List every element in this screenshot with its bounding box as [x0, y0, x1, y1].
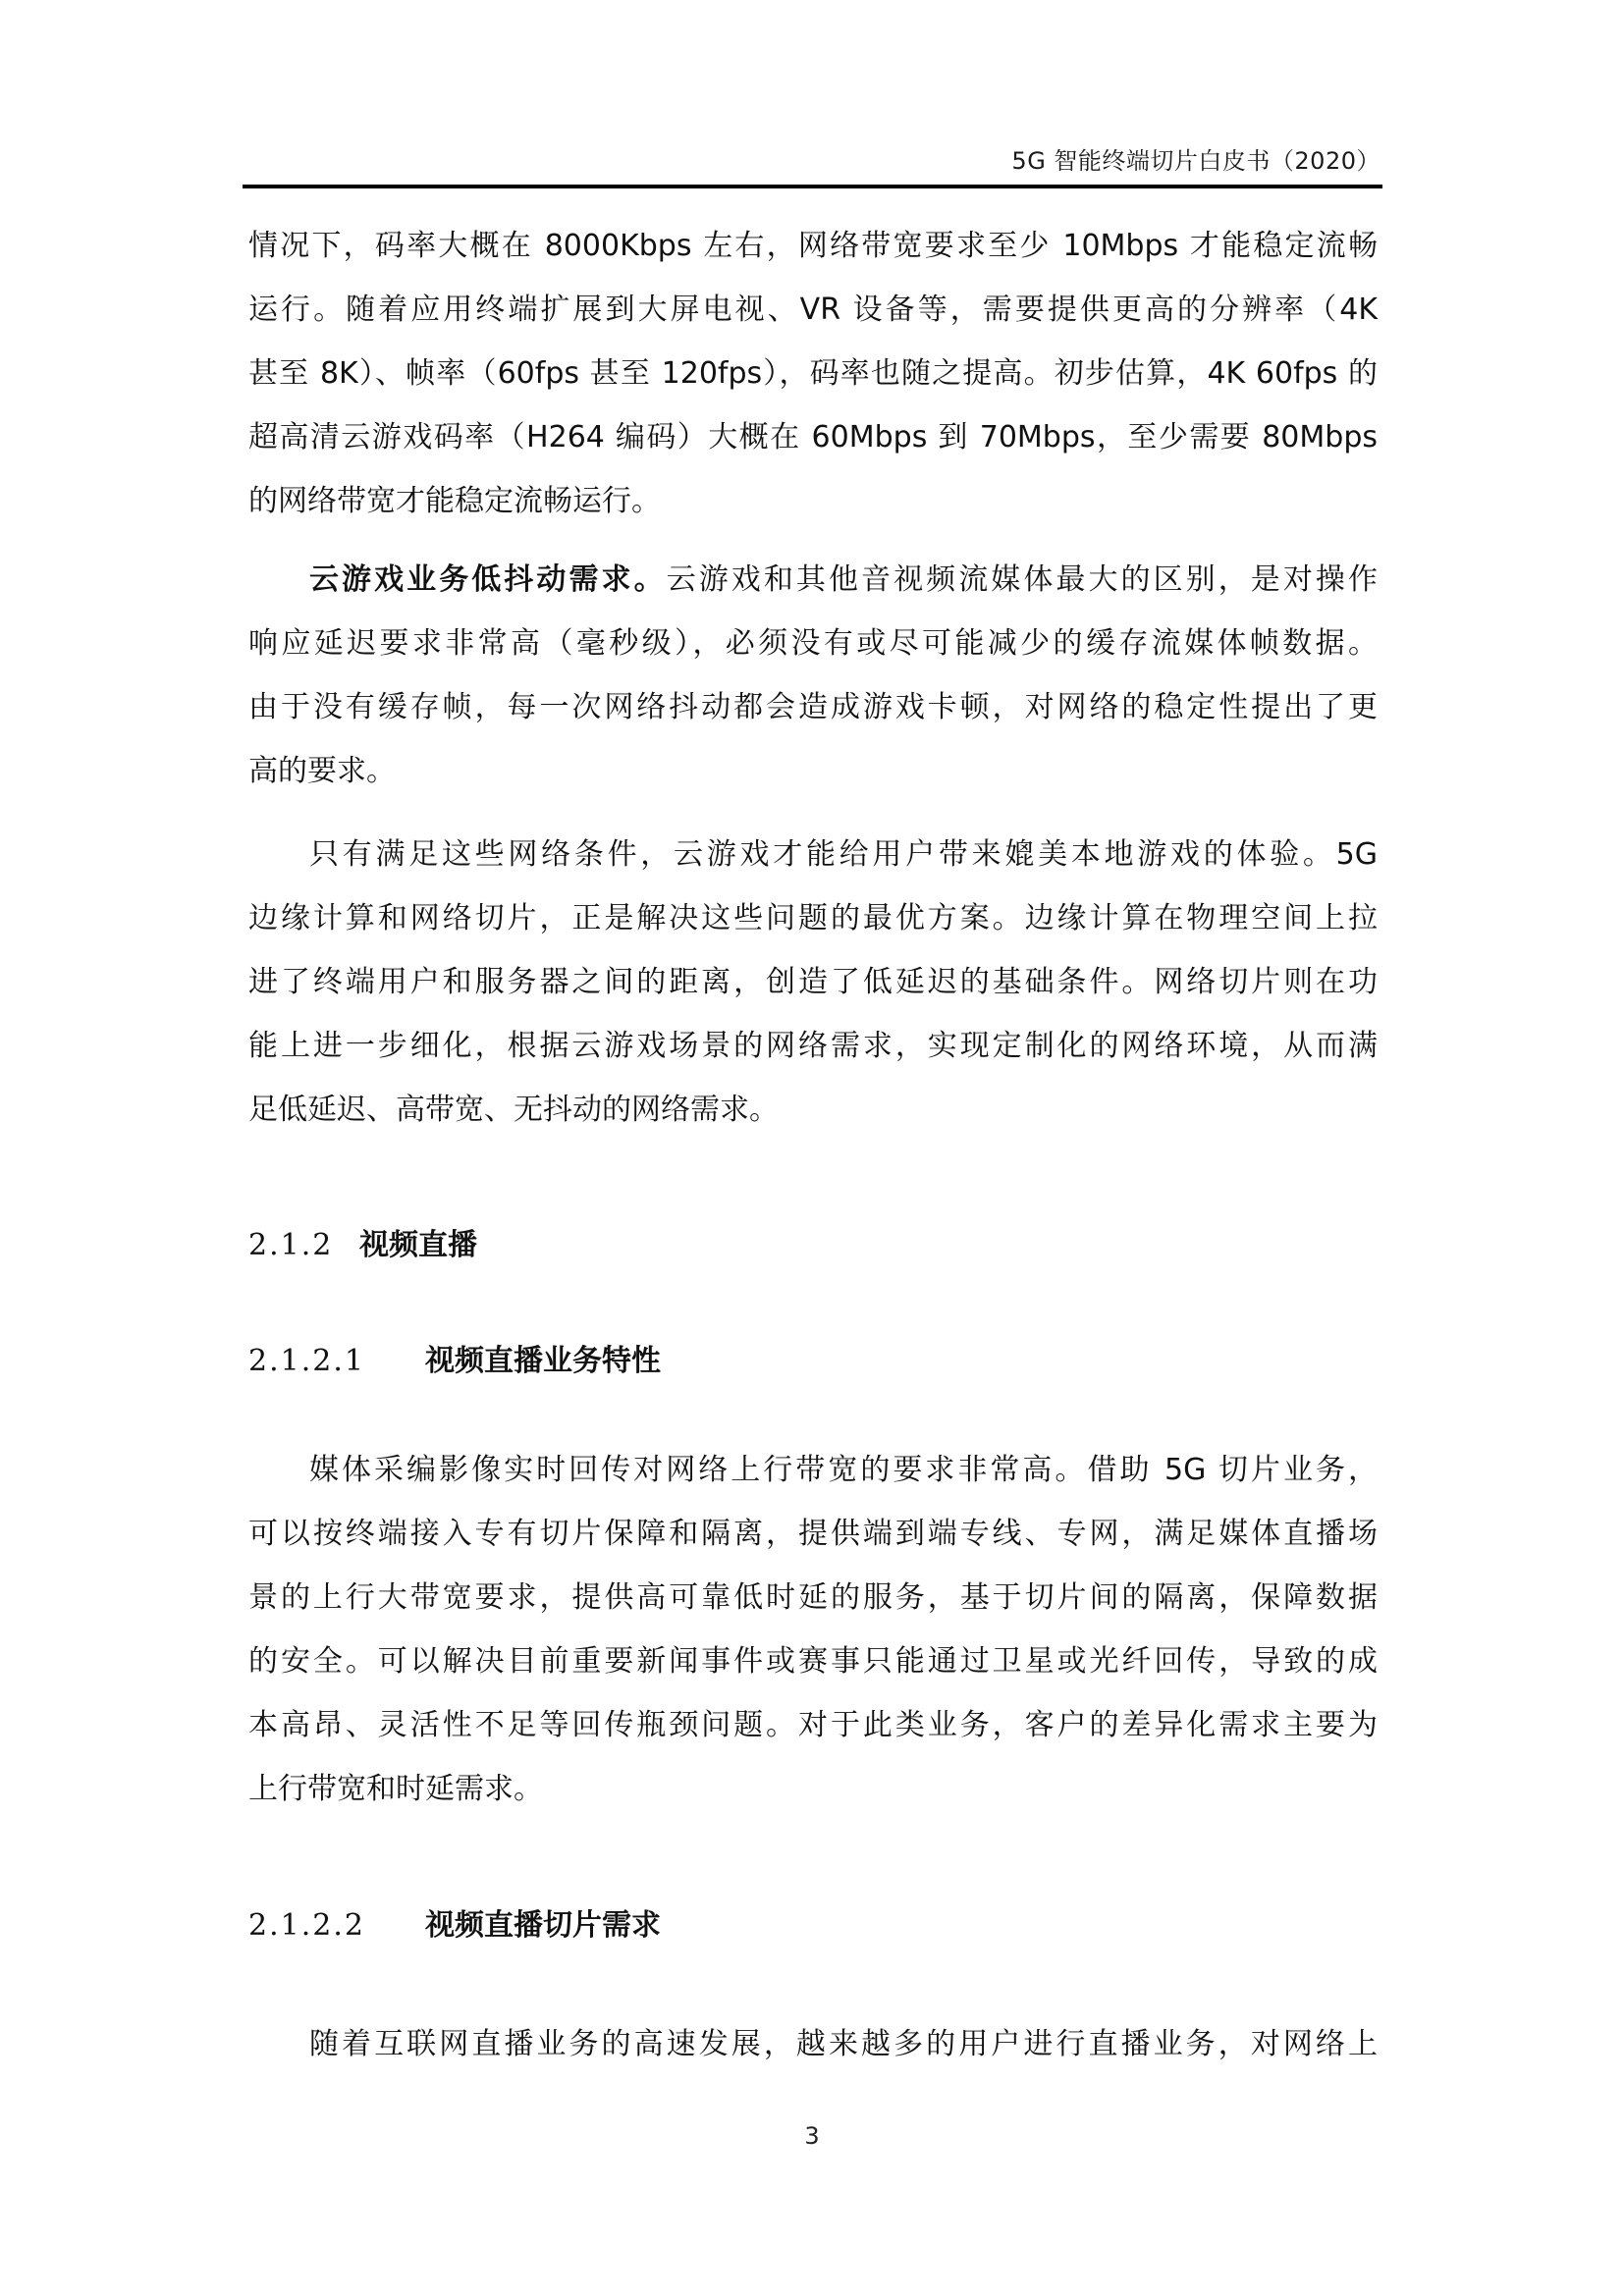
section-title: 视频直播切片需求 — [425, 1908, 661, 1943]
text-line: 景的上行大带宽要求，提供高可靠低时延的服务，基于切片间的隔离，保障数据 — [248, 1566, 1378, 1629]
text-line: 进了终端用户和服务器之间的距离，创造了低延迟的基础条件。网络切片则在功 — [248, 950, 1378, 1014]
text-line: 的安全。可以解决目前重要新闻事件或赛事只能通过卫星或光纤回传，导致的成 — [248, 1629, 1378, 1693]
text-line: 能上进一步细化，根据云游戏场景的网络需求，实现定制化的网络环境，从而满 — [248, 1014, 1378, 1078]
text-line: 随着互联网直播业务的高速发展，越来越多的用户进行直播业务，对网络上 — [248, 2012, 1378, 2076]
text-line: 本高昂、灵活性不足等回传瓶颈问题。对于此类业务，客户的差异化需求主要为 — [248, 1693, 1378, 1757]
paragraph-edge-computing: 只有满足这些网络条件，云游戏才能给用户带来媲美本地游戏的体验。5G 边缘计算和网… — [248, 823, 1378, 1142]
text-line: 上行带宽和时延需求。 — [248, 1757, 1378, 1821]
text-line: 由于没有缓存帧，每一次网络抖动都会造成游戏卡顿，对网络的稳定性提出了更 — [248, 675, 1378, 739]
section-title: 视频直播业务特性 — [425, 1344, 661, 1378]
paragraph-video-live-characteristics: 媒体采编影像实时回传对网络上行带宽的要求非常高。借助 5G 切片业务， 可以按终… — [248, 1438, 1378, 1821]
section-heading-2-1-2-1: 2.1.2.1视频直播业务特性 — [248, 1336, 661, 1379]
text-line: 的网络带宽才能稳定流畅运行。 — [248, 469, 1378, 533]
section-number: 2.1.2.2 — [248, 1908, 425, 1943]
text-line: 可以按终端接入专有切片保障和隔离，提供端到端专线、专网，满足媒体直播场 — [248, 1502, 1378, 1566]
paragraph-video-live-slicing-needs: 随着互联网直播业务的高速发展，越来越多的用户进行直播业务，对网络上 — [248, 2012, 1378, 2076]
text-line: 超高清云游戏码率（H264 编码）大概在 60Mbps 到 70Mbps，至少需… — [248, 405, 1378, 469]
header-divider — [243, 185, 1382, 188]
text-run: 云游戏和其他音视频流媒体最大的区别，是对操作 — [667, 562, 1378, 597]
document-title: 5G 智能终端切片白皮书（2020） — [1011, 141, 1380, 176]
text-line: 响应延迟要求非常高（毫秒级），必须没有或尽可能减少的缓存流媒体帧数据。 — [248, 612, 1378, 675]
text-line: 甚至 8K）、帧率（60fps 甚至 120fps），码率也随之提高。初步估算，… — [248, 342, 1378, 405]
paragraph-lead-bold: 云游戏业务低抖动需求。 — [309, 562, 667, 597]
section-number: 2.1.2 — [248, 1228, 359, 1262]
section-heading-2-1-2: 2.1.2视频直播 — [248, 1220, 477, 1263]
page-header: 5G 智能终端切片白皮书（2020） — [243, 135, 1382, 187]
section-heading-2-1-2-2: 2.1.2.2视频直播切片需求 — [248, 1900, 661, 1944]
text-line: 情况下，码率大概在 8000Kbps 左右，网络带宽要求至少 10Mbps 才能… — [248, 214, 1378, 278]
text-line: 云游戏业务低抖动需求。云游戏和其他音视频流媒体最大的区别，是对操作 — [248, 548, 1378, 612]
paragraph-low-jitter: 云游戏业务低抖动需求。云游戏和其他音视频流媒体最大的区别，是对操作 响应延迟要求… — [248, 548, 1378, 803]
page-number: 3 — [0, 2122, 1624, 2150]
text-line: 足低延迟、高带宽、无抖动的网络需求。 — [248, 1078, 1378, 1142]
text-line: 边缘计算和网络切片，正是解决这些问题的最优方案。边缘计算在物理空间上拉 — [248, 886, 1378, 950]
text-line: 只有满足这些网络条件，云游戏才能给用户带来媲美本地游戏的体验。5G — [248, 823, 1378, 886]
section-title: 视频直播 — [359, 1228, 477, 1262]
text-line: 高的要求。 — [248, 739, 1378, 803]
section-number: 2.1.2.1 — [248, 1344, 425, 1378]
paragraph-bitrate-requirements: 情况下，码率大概在 8000Kbps 左右，网络带宽要求至少 10Mbps 才能… — [248, 214, 1378, 533]
text-line: 媒体采编影像实时回传对网络上行带宽的要求非常高。借助 5G 切片业务， — [248, 1438, 1378, 1502]
text-line: 运行。随着应用终端扩展到大屏电视、VR 设备等，需要提供更高的分辨率（4K — [248, 278, 1378, 342]
